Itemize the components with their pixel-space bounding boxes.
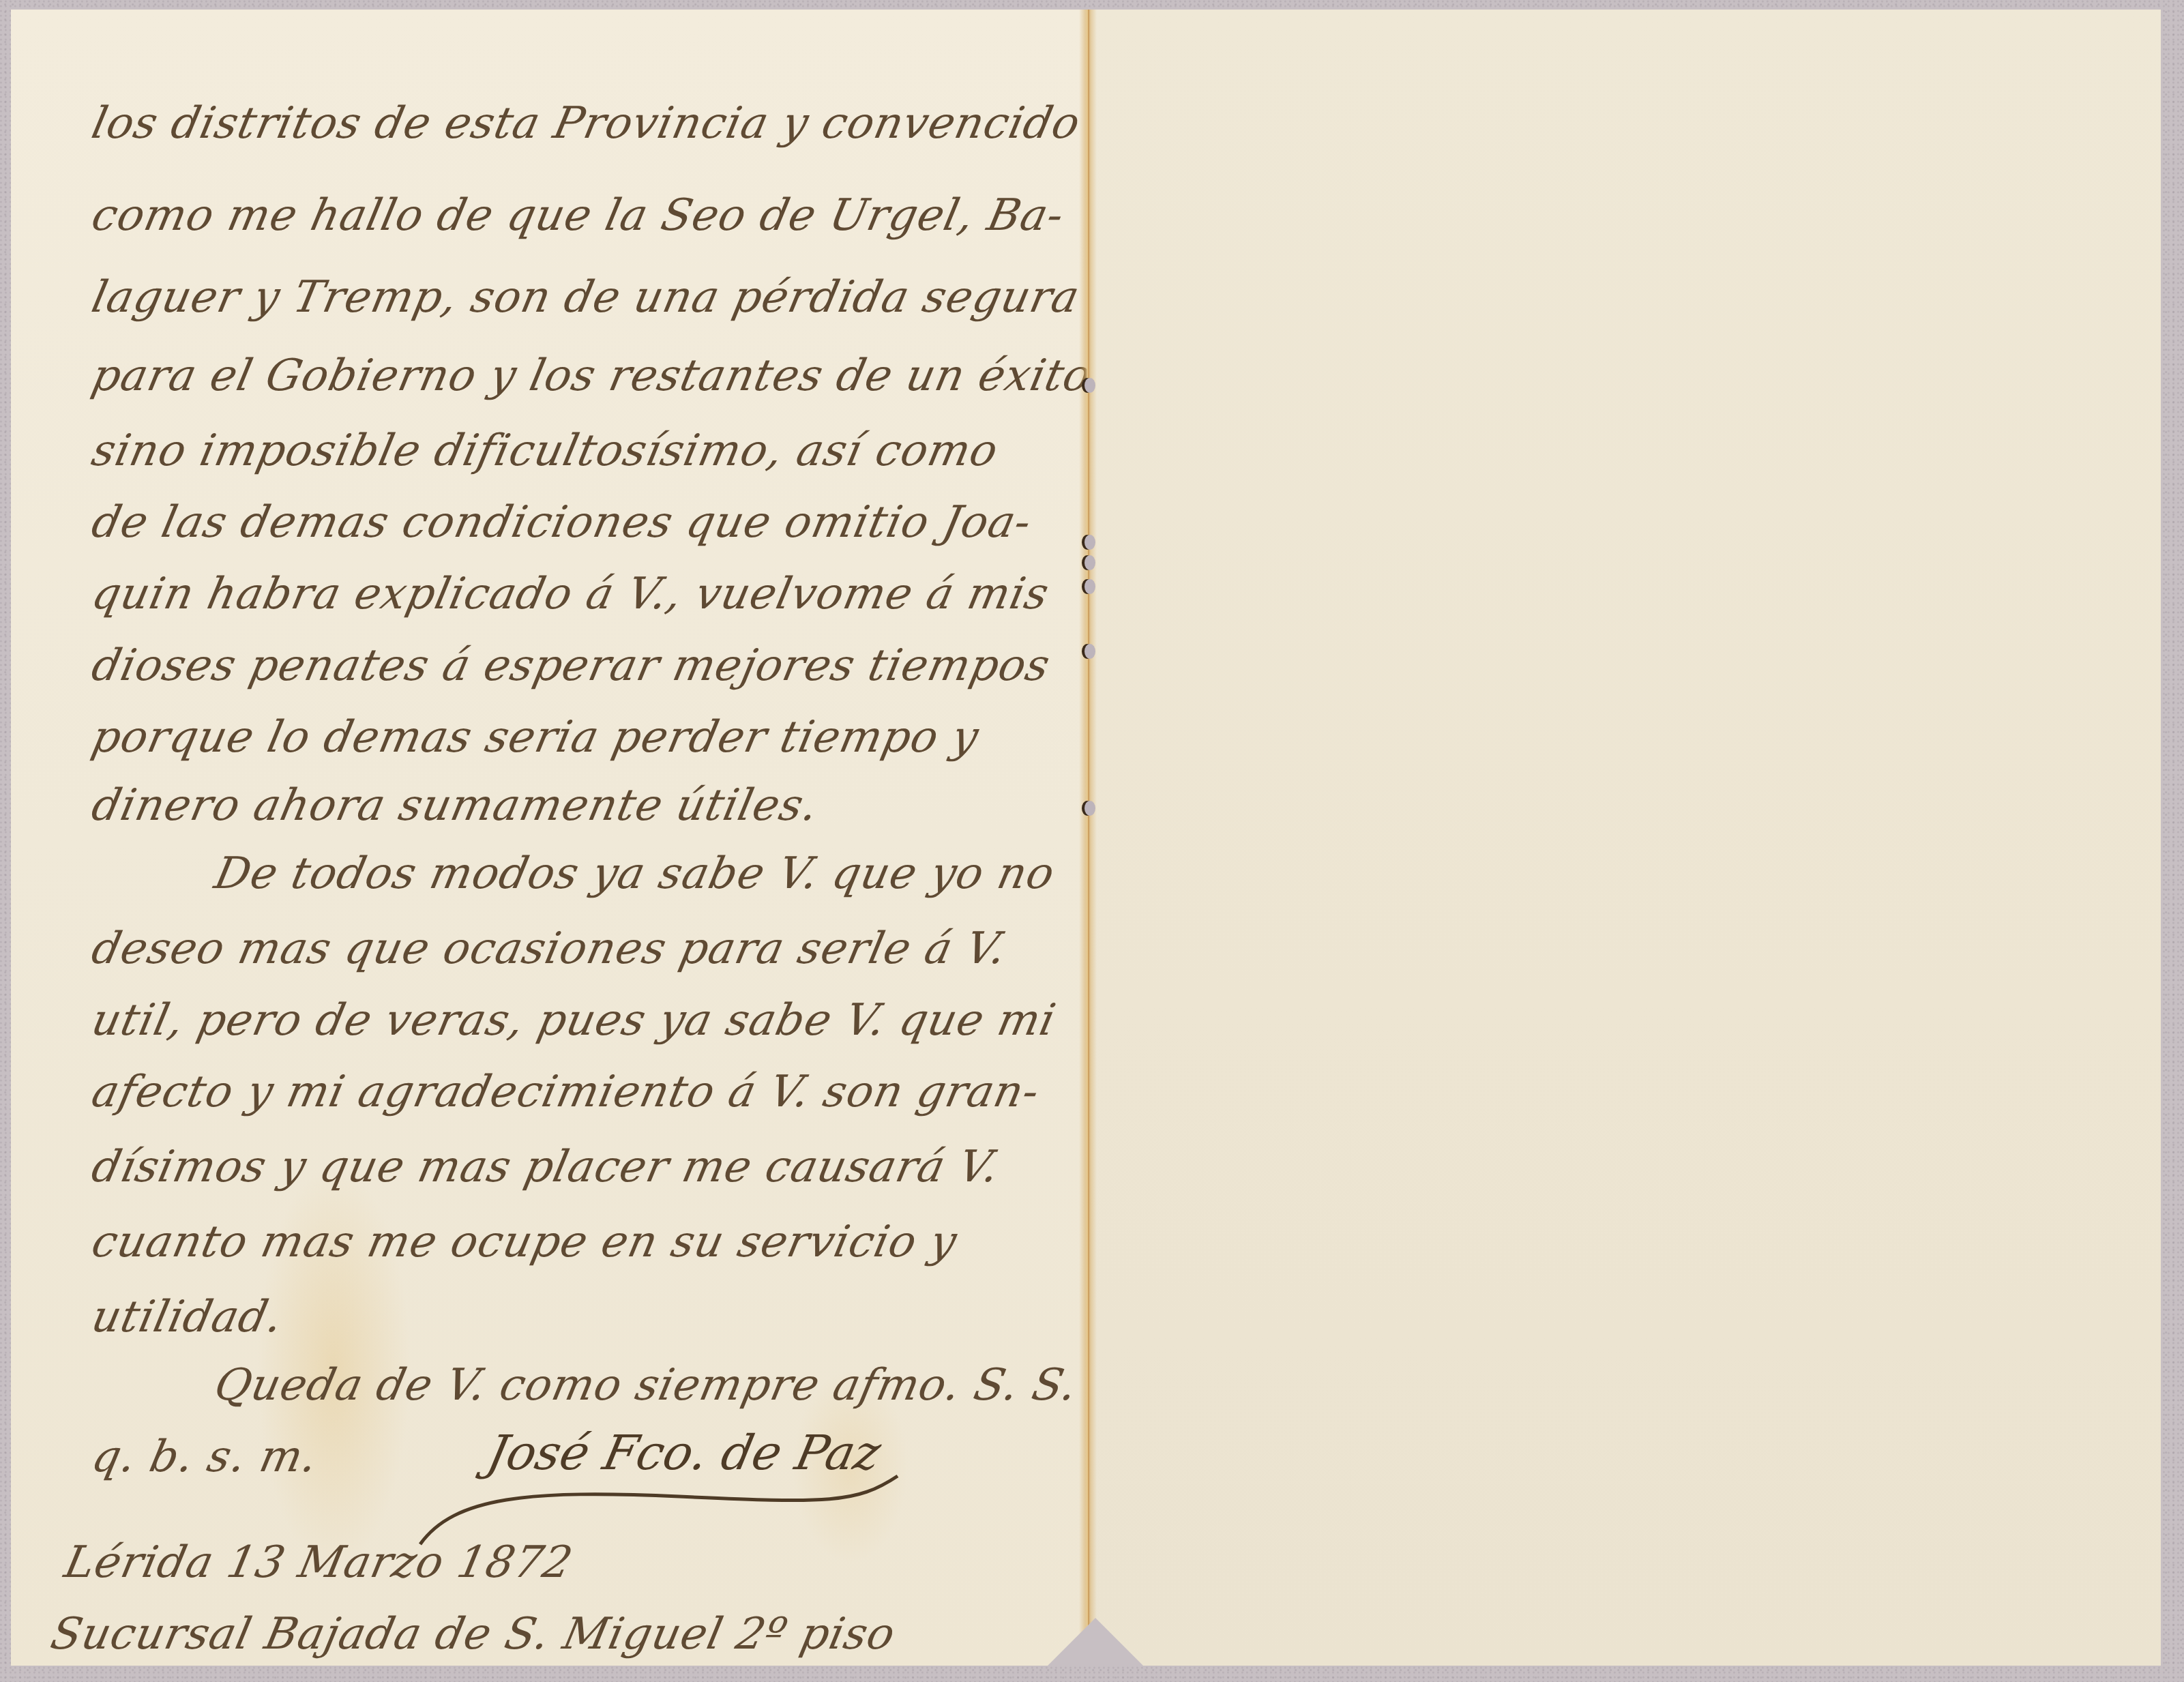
body-line-1: los distritos de esta Provincia y conven…	[87, 98, 1085, 149]
fold-tear-icon	[1084, 555, 1095, 570]
body-line-13: util, pero de veras, pues ya sabe V. que…	[87, 995, 1060, 1046]
body-line-12: deseo mas que ocasiones para serle á V.	[87, 924, 1011, 974]
body-line-9: porque lo demas seria perder tiempo y	[87, 712, 984, 763]
body-line-8: dioses penates á esperar mejores tiempos	[87, 640, 1054, 691]
fold-tear-icon	[1084, 579, 1095, 594]
closing-abbrev: q. b. s. m.	[87, 1432, 323, 1482]
body-line-2: como me hallo de que la Seo de Urgel, Ba…	[87, 190, 1068, 241]
address-line: Sucursal Bajada de S. Miguel 2º piso	[46, 1609, 900, 1659]
bottom-fold-notch	[1048, 1618, 1143, 1666]
center-fold	[1079, 10, 1097, 1666]
body-line-3: laguer y Tremp, son de una pérdida segur…	[87, 272, 1084, 323]
body-line-16: cuanto mas me ocupe en su servicio y	[87, 1217, 962, 1267]
body-line-14: afecto y mi agradecimiento á V. son gran…	[87, 1067, 1044, 1117]
body-line-6: de las demas condiciones que omitio Joa-	[87, 497, 1036, 548]
body-line-15: dísimos y que mas placer me causará V.	[87, 1142, 1004, 1192]
fold-tear-icon	[1084, 535, 1095, 550]
fold-tear-icon	[1084, 378, 1095, 393]
closing-line: Queda de V. como siempre afmo. S. S.	[210, 1360, 1082, 1411]
body-line-5: sino imposible dificultosísimo, así como	[87, 426, 1003, 476]
right-page	[1087, 10, 2161, 1666]
fold-tear-icon	[1084, 801, 1095, 816]
body-line-4: para el Gobierno y los restantes de un é…	[87, 351, 1096, 401]
letter-sheet: los distritos de esta Provincia y conven…	[11, 10, 2161, 1666]
body-line-10: dinero ahora sumamente útiles.	[87, 780, 823, 831]
body-line-17: utilidad.	[87, 1292, 288, 1342]
body-line-7: quin habra explicado á V., vuelvome á mi…	[87, 569, 1053, 619]
fold-tear-icon	[1084, 644, 1095, 659]
left-page: los distritos de esta Provincia y conven…	[11, 10, 1087, 1666]
body-line-11: De todos modos ya sabe V. que yo no	[210, 849, 1059, 899]
signature-flourish-icon	[393, 1469, 911, 1551]
